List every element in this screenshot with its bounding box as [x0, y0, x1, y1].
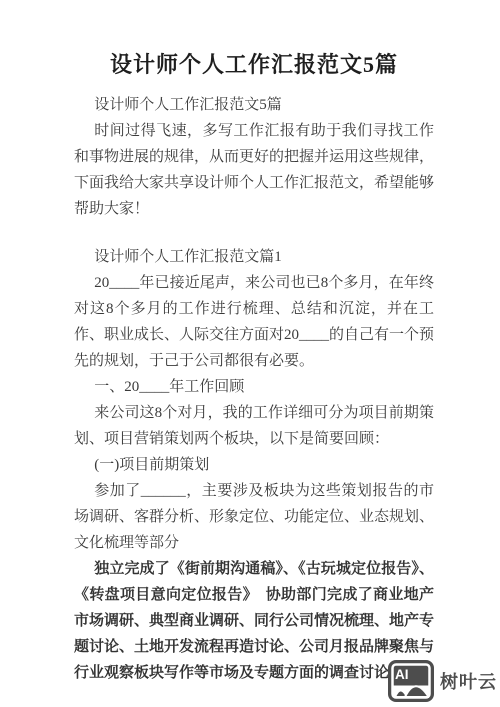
- paragraph-completed-reports: 独立完成了《街前期沟通稿》、《古玩城定位报告》、《转盘项目意向定位报告》 协助部…: [74, 556, 434, 686]
- watermark-logo: AI 树叶云: [388, 660, 497, 702]
- ai-image-icon: AI: [388, 660, 434, 702]
- heading-early-planning: (一)项目前期策划: [74, 452, 434, 478]
- document-title: 设计师个人工作汇报范文5篇: [74, 50, 434, 80]
- document-page: 设计师个人工作汇报范文5篇 设计师个人工作汇报范文5篇 时间过得飞速，多写工作汇…: [0, 0, 500, 707]
- ai-icon-label: AI: [395, 667, 409, 682]
- document-subtitle: 设计师个人工作汇报范文5篇: [74, 92, 434, 118]
- intro-paragraph: 时间过得飞速，多写工作汇报有助于我们寻找工作和事物进展的规律，从而更好的把握并运…: [74, 118, 434, 222]
- document-body: 设计师个人工作汇报范文5篇 设计师个人工作汇报范文5篇 时间过得飞速，多写工作汇…: [0, 0, 500, 686]
- paragraph-two-blocks: 来公司这8个对月，我的工作详细可分为项目前期策划、项目营销策划两个板块，以下是简…: [74, 400, 434, 452]
- watermark-brand-text: 树叶云: [440, 668, 497, 694]
- heading-work-review: 一、20____年工作回顾: [74, 374, 434, 400]
- section-heading-sample1: 设计师个人工作汇报范文篇1: [74, 244, 434, 270]
- paragraph-participated: 参加了______，主要涉及板块为这些策划报告的市场调研、客群分析、形象定位、功…: [74, 478, 434, 556]
- paragraph-year-review: 20____年已接近尾声，来公司也已8个多月，在年终对这8个多月的工作进行梳理、…: [74, 270, 434, 374]
